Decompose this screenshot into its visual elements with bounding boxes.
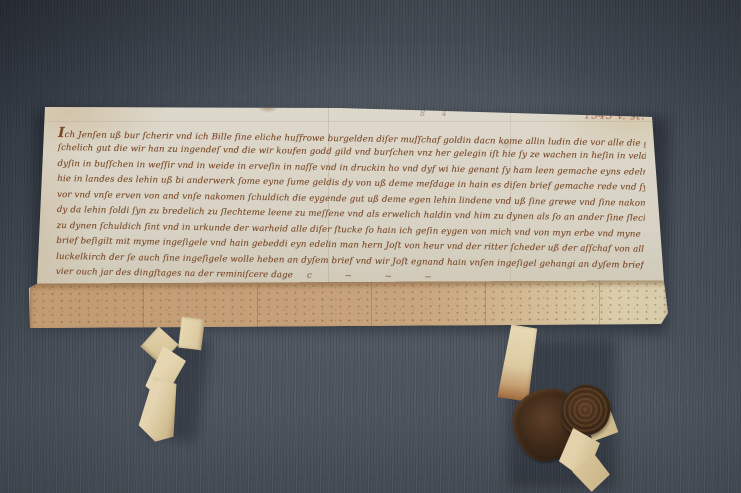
manuscript-line: vier ouch jar des dingſtages na der remi… [56, 267, 293, 281]
plica-fold [30, 280, 668, 330]
tag-fold [178, 317, 205, 351]
parchment-charter: 8 4 1345 v. st. Ich Jenſen uß bur ſcheri… [28, 104, 670, 330]
fold-crease [36, 121, 658, 122]
photo-of-charter: 8 4 1345 v. st. Ich Jenſen uß bur ſcheri… [0, 0, 741, 493]
manuscript-text-block: Ich Jenſen uß bur ſcherir vnd ich Bille … [56, 126, 646, 289]
faint-top-mark: 8 4 [420, 109, 454, 118]
